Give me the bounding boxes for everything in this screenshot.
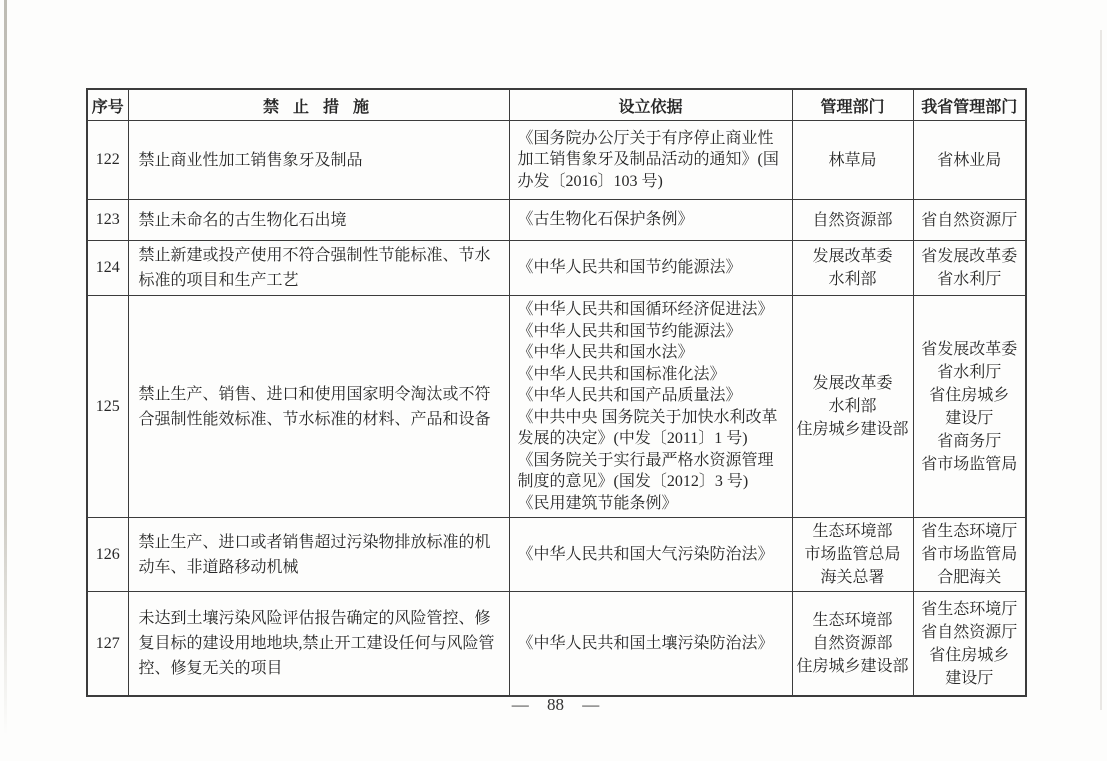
measure-cell: 禁止商业性加工销售象牙及制品 bbox=[128, 121, 509, 200]
province-dept-cell: 省生态环境厅省自然资源厅省住房城乡建设厅 bbox=[913, 592, 1026, 697]
table-row: 122 禁止商业性加工销售象牙及制品 《国务院办公厅关于有序停止商业性加工销售象… bbox=[87, 121, 1026, 200]
cell-line: 《国务院关于实行最严格水资源管理制度的意见》(国发〔2012〕3 号) bbox=[518, 450, 784, 493]
cell-line: 省住房城乡 bbox=[917, 384, 1023, 407]
cell-line: 省市场监管局 bbox=[917, 453, 1023, 476]
cell-line: 省自然资源厅 bbox=[917, 209, 1023, 232]
serial-cell: 126 bbox=[87, 518, 128, 592]
cell-line: 住房城乡建设部 bbox=[796, 655, 910, 678]
cell-line: 省市场监管局 bbox=[917, 543, 1023, 566]
cell-line: 自然资源部 bbox=[796, 209, 910, 232]
cell-line: 省水利厅 bbox=[917, 361, 1023, 384]
prohibition-measures-table: 序号 禁 止 措 施 设立依据 管理部门 我省管理部门 122 禁止商业性加工销… bbox=[86, 88, 1027, 697]
dept-cell: 发展改革委水利部 bbox=[792, 241, 913, 296]
serial-cell: 125 bbox=[87, 296, 128, 518]
col-header-province-management-department: 我省管理部门 bbox=[913, 89, 1026, 121]
dept-cell: 林草局 bbox=[792, 121, 913, 200]
col-header-management-department: 管理部门 bbox=[792, 89, 913, 121]
cell-line: 《中华人民共和国节约能源法》 bbox=[518, 257, 784, 279]
cell-line: 自然资源部 bbox=[796, 632, 910, 655]
cell-line: 省林业局 bbox=[917, 149, 1023, 172]
cell-line: 《中华人民共和国大气污染防治法》 bbox=[518, 544, 784, 566]
cell-line: 市场监管总局 bbox=[796, 543, 910, 566]
cell-line: 海关总署 bbox=[796, 566, 910, 589]
serial-cell: 123 bbox=[87, 200, 128, 241]
scan-edge-artifact-left bbox=[4, 0, 7, 735]
cell-line: 《国务院办公厅关于有序停止商业性加工销售象牙及制品活动的通知》(国办发〔2016… bbox=[518, 128, 784, 193]
cell-line: 合肥海关 bbox=[917, 566, 1023, 589]
cell-line: 生态环境部 bbox=[796, 520, 910, 543]
basis-cell: 《中华人民共和国土壤污染防治法》 bbox=[509, 592, 792, 697]
cell-line: 省生态环境厅 bbox=[917, 520, 1023, 543]
cell-line: 住房城乡建设部 bbox=[796, 418, 910, 441]
basis-cell: 《中华人民共和国节约能源法》 bbox=[509, 241, 792, 296]
table-row: 127 未达到土壤污染风险评估报告确定的风险管控、修复目标的建设用地地块,禁止开… bbox=[87, 592, 1026, 697]
table-row: 123 禁止未命名的古生物化石出境 《古生物化石保护条例》 自然资源部 省自然资… bbox=[87, 200, 1026, 241]
cell-line: 发展改革委 bbox=[796, 245, 910, 268]
cell-line: 《中华人民共和国产品质量法》 bbox=[518, 385, 784, 407]
col-header-establishment-basis: 设立依据 bbox=[509, 89, 792, 121]
serial-cell: 127 bbox=[87, 592, 128, 697]
table-row: 125 禁止生产、销售、进口和使用国家明令淘汰或不符合强制性能效标准、节水标准的… bbox=[87, 296, 1026, 518]
cell-line: 《中华人民共和国节约能源法》 bbox=[518, 321, 784, 343]
cell-line: 省商务厅 bbox=[917, 430, 1023, 453]
cell-line: 建设厅 bbox=[917, 667, 1023, 690]
cell-line: 省发展改革委 bbox=[917, 245, 1023, 268]
measure-cell: 禁止生产、进口或者销售超过污染物排放标准的机动车、非道路移动机械 bbox=[128, 518, 509, 592]
cell-line: 省自然资源厅 bbox=[917, 621, 1023, 644]
dept-cell: 生态环境部自然资源部住房城乡建设部 bbox=[792, 592, 913, 697]
measure-cell: 未达到土壤污染风险评估报告确定的风险管控、修复目标的建设用地地块,禁止开工建设任… bbox=[128, 592, 509, 697]
measure-cell: 禁止新建或投产使用不符合强制性节能标准、节水标准的项目和生产工艺 bbox=[128, 241, 509, 296]
cell-line: 林草局 bbox=[796, 149, 910, 172]
province-dept-cell: 省林业局 bbox=[913, 121, 1026, 200]
cell-line: 《中华人民共和国循环经济促进法》 bbox=[518, 299, 784, 321]
province-dept-cell: 省发展改革委省水利厅 bbox=[913, 241, 1026, 296]
dept-cell: 自然资源部 bbox=[792, 200, 913, 241]
cell-line: 省发展改革委 bbox=[917, 338, 1023, 361]
cell-line: 水利部 bbox=[796, 395, 910, 418]
cell-line: 省生态环境厅 bbox=[917, 598, 1023, 621]
scan-edge-artifact-right bbox=[1100, 30, 1102, 710]
measure-cell: 禁止未命名的古生物化石出境 bbox=[128, 200, 509, 241]
dept-cell: 生态环境部市场监管总局海关总署 bbox=[792, 518, 913, 592]
basis-cell: 《中华人民共和国循环经济促进法》《中华人民共和国节约能源法》《中华人民共和国水法… bbox=[509, 296, 792, 518]
cell-line: 《中共中央 国务院关于加快水利改革发展的决定》(中发〔2011〕1 号) bbox=[518, 407, 784, 450]
cell-line: 建设厅 bbox=[917, 407, 1023, 430]
cell-line: 省住房城乡 bbox=[917, 644, 1023, 667]
cell-line: 《中华人民共和国土壤污染防治法》 bbox=[518, 633, 784, 655]
cell-line: 生态环境部 bbox=[796, 609, 910, 632]
cell-line: 《中华人民共和国水法》 bbox=[518, 342, 784, 364]
serial-cell: 124 bbox=[87, 241, 128, 296]
cell-line: 水利部 bbox=[796, 268, 910, 291]
cell-line: 《中华人民共和国标准化法》 bbox=[518, 364, 784, 386]
cell-line: 省水利厅 bbox=[917, 268, 1023, 291]
province-dept-cell: 省发展改革委省水利厅省住房城乡建设厅省商务厅省市场监管局 bbox=[913, 296, 1026, 518]
serial-cell: 122 bbox=[87, 121, 128, 200]
province-dept-cell: 省自然资源厅 bbox=[913, 200, 1026, 241]
province-dept-cell: 省生态环境厅省市场监管局合肥海关 bbox=[913, 518, 1026, 592]
basis-cell: 《国务院办公厅关于有序停止商业性加工销售象牙及制品活动的通知》(国办发〔2016… bbox=[509, 121, 792, 200]
table-header-row: 序号 禁 止 措 施 设立依据 管理部门 我省管理部门 bbox=[87, 89, 1026, 121]
cell-line: 发展改革委 bbox=[796, 372, 910, 395]
cell-line: 《古生物化石保护条例》 bbox=[518, 209, 784, 231]
dept-cell: 发展改革委水利部住房城乡建设部 bbox=[792, 296, 913, 518]
col-header-prohibited-measure: 禁 止 措 施 bbox=[128, 89, 509, 121]
table-row: 124 禁止新建或投产使用不符合强制性节能标准、节水标准的项目和生产工艺 《中华… bbox=[87, 241, 1026, 296]
measure-cell: 禁止生产、销售、进口和使用国家明令淘汰或不符合强制性能效标准、节水标准的材料、产… bbox=[128, 296, 509, 518]
cell-line: 《民用建筑节能条例》 bbox=[518, 493, 784, 515]
page-number: — 88 — bbox=[86, 695, 1025, 715]
table-row: 126 禁止生产、进口或者销售超过污染物排放标准的机动车、非道路移动机械 《中华… bbox=[87, 518, 1026, 592]
basis-cell: 《古生物化石保护条例》 bbox=[509, 200, 792, 241]
basis-cell: 《中华人民共和国大气污染防治法》 bbox=[509, 518, 792, 592]
col-header-serial-number: 序号 bbox=[87, 89, 128, 121]
